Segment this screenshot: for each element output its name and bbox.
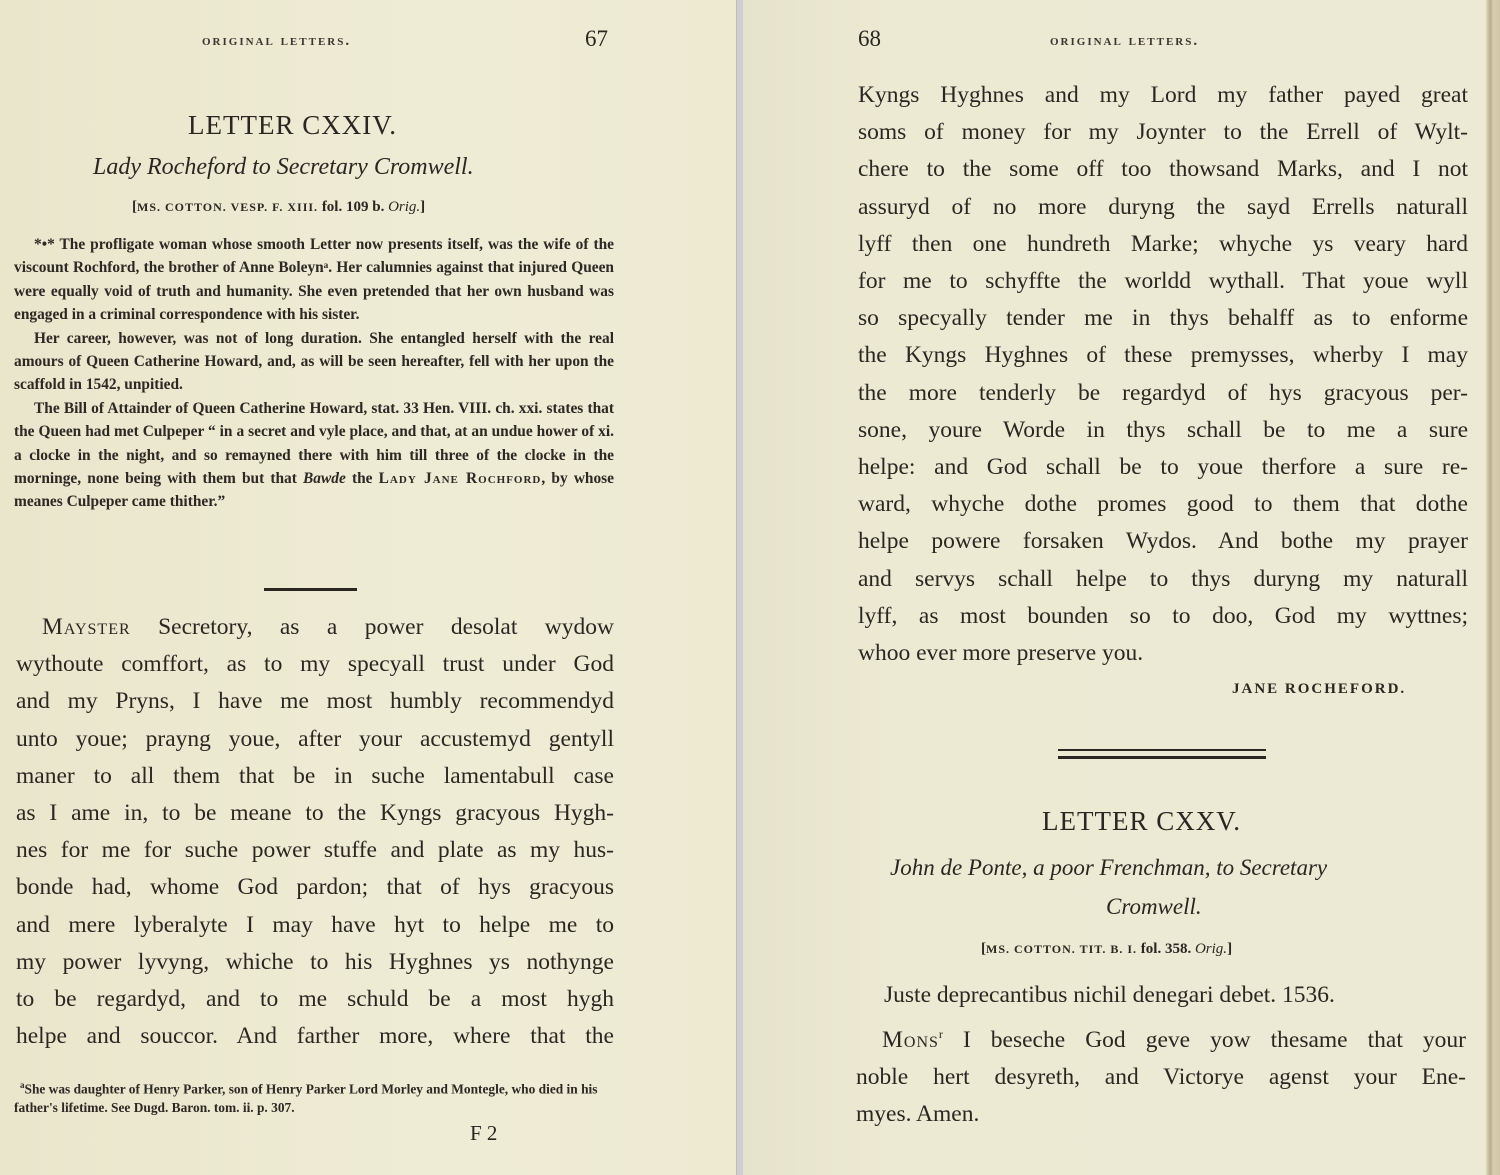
letter-line: assuryd of no more duryng the sayd Errel… <box>858 189 1468 226</box>
letter-line: lyff, as most bounden so to doo, God my … <box>858 598 1468 635</box>
letter-subtitle: John de Ponte, a poor Frenchman, to Secr… <box>890 855 1327 881</box>
letter-line: and my Pryns, I have me most humbly reco… <box>16 683 614 720</box>
letter-subtitle: Lady Rocheford to Secretary Cromwell. <box>93 154 474 181</box>
asterism-icon: *•* <box>34 236 55 253</box>
letter-line: wythoute comffort, as to my specyall tru… <box>16 646 614 683</box>
right-page: 68 ORIGINAL LETTERS. Kyngs Hyghnes and m… <box>744 0 1500 1175</box>
ms-collection: MS. COTTON. VESP. F. XIII. <box>137 200 318 214</box>
ms-collection: MS. COTTON. TIT. B. I. <box>986 942 1137 956</box>
running-head: ORIGINAL LETTERS. <box>1050 33 1199 50</box>
running-head: ORIGINAL LETTERS. <box>202 33 351 50</box>
manuscript-reference: [MS. COTTON. TIT. B. I. fol. 358. Orig.] <box>981 941 1232 958</box>
opening-word: Mayster <box>42 614 131 640</box>
page-number: 68 <box>858 26 881 52</box>
note-small-caps: Lady Jane Rochford <box>379 470 542 487</box>
ms-bracket-close: ] <box>1227 941 1232 957</box>
letter-line: Mayster Secretory, as a power desolat wy… <box>16 609 614 646</box>
section-divider <box>264 588 357 591</box>
letter-line: as I ame in, to be meane to the Kyngs gr… <box>16 795 614 832</box>
letter-line: whoo ever more preserve you. <box>858 635 1468 672</box>
manuscript-reference: [MS. COTTON. VESP. F. XIII. fol. 109 b. … <box>132 199 425 216</box>
ms-folio: fol. 109 b. <box>322 199 385 215</box>
letter-line: unto youe; prayng youe, after your accus… <box>16 721 614 758</box>
letter-line: Monsr I beseche God geve yow thesame tha… <box>856 1016 1466 1059</box>
letter-motto: Juste deprecantibus nichil denegari debe… <box>884 982 1335 1009</box>
line-text: I beseche God geve yow thesame that your <box>943 1027 1466 1053</box>
ms-orig: Orig. <box>388 199 420 215</box>
opening-word: Mons <box>882 1027 939 1053</box>
editor-note: *•* The profligate woman whose smooth Le… <box>14 233 614 514</box>
double-rule-top <box>1058 749 1266 751</box>
letter-line: helpe and souccor. And farther more, whe… <box>16 1018 614 1055</box>
letter-body: Monsr I beseche God geve yow thesame tha… <box>856 1016 1466 1133</box>
letter-line: and servys schall helpe to thys duryng m… <box>858 561 1468 598</box>
letter-line: ward, whyche dothe promes good to them t… <box>858 486 1468 523</box>
letter-line: and mere lyberalyte I may have hyt to he… <box>16 907 614 944</box>
letter-title: LETTER CXXV. <box>1042 806 1241 837</box>
letter-line: helpe powere forsaken Wydos. And bothe m… <box>858 523 1468 560</box>
editor-note-paragraph: *•* The profligate woman whose smooth Le… <box>14 233 614 327</box>
footnote: aShe was daughter of Henry Parker, son o… <box>14 1076 618 1117</box>
letter-signature: JANE ROCHEFORD. <box>1232 681 1406 698</box>
letter-line: my power lyvyng, whiche to his Hyghnes y… <box>16 944 614 981</box>
letter-line: Kyngs Hyghnes and my Lord my father paye… <box>858 77 1468 114</box>
letter-body-continued: Kyngs Hyghnes and my Lord my father paye… <box>858 77 1468 672</box>
letter-line: maner to all them that be in suche lamen… <box>16 758 614 795</box>
line-text: Secretory, as a power desolat wydow <box>131 614 614 640</box>
letter-line: helpe: and God schall be to youe therfor… <box>858 449 1468 486</box>
letter-line: myes. Amen. <box>856 1096 1466 1133</box>
letter-body: Mayster Secretory, as a power desolat wy… <box>16 609 614 1055</box>
left-page: ORIGINAL LETTERS. 67 LETTER CXXIV. Lady … <box>0 0 736 1175</box>
letter-title: LETTER CXXIV. <box>188 110 397 141</box>
footnote-text: She was daughter of Henry Parker, son of… <box>14 1081 597 1115</box>
note-text: The profligate woman whose smooth Letter… <box>14 236 614 323</box>
double-rule-bottom <box>1058 756 1266 759</box>
letter-line: the Kyngs Hyghnes of these premysses, wh… <box>858 337 1468 374</box>
ms-orig: Orig. <box>1195 941 1227 957</box>
letter-line: chere to the some off too thowsand Marks… <box>858 151 1468 188</box>
letter-line: the more tenderly be regardyd of hys gra… <box>858 375 1468 412</box>
signature-mark: F 2 <box>470 1121 497 1146</box>
letter-line: lyff then one hundreth Marke; whyche ys … <box>858 226 1468 263</box>
footnote-marker: a <box>14 1080 25 1090</box>
letter-line: nes for me for suche power stuffe and pl… <box>16 832 614 869</box>
page-gutter <box>736 0 744 1175</box>
letter-line: so specyally tender me in thys behalff a… <box>858 300 1468 337</box>
note-text: the <box>346 470 379 487</box>
ms-bracket-close: ] <box>420 199 425 215</box>
letter-subtitle-line2: Cromwell. <box>1106 894 1202 920</box>
letter-line: noble hert desyreth, and Victorye agenst… <box>856 1059 1466 1096</box>
page-number: 67 <box>585 26 608 52</box>
letter-line: sone, youre Worde in thys schall be to m… <box>858 412 1468 449</box>
letter-line: soms of money for my Joynter to the Erre… <box>858 114 1468 151</box>
letter-line: for me to schyffte the worldd wythall. T… <box>858 263 1468 300</box>
editor-note-paragraph: The Bill of Attainder of Queen Catherine… <box>14 397 614 514</box>
letter-line: bonde had, whome God pardon; that of hys… <box>16 869 614 906</box>
note-italic: Bawde <box>303 470 346 487</box>
editor-note-paragraph: Her career, however, was not of long dur… <box>14 327 614 397</box>
ms-folio: fol. 358. <box>1141 941 1191 957</box>
book-edge <box>1486 0 1500 1175</box>
letter-line: to be regardyd, and to me schuld be a mo… <box>16 981 614 1018</box>
